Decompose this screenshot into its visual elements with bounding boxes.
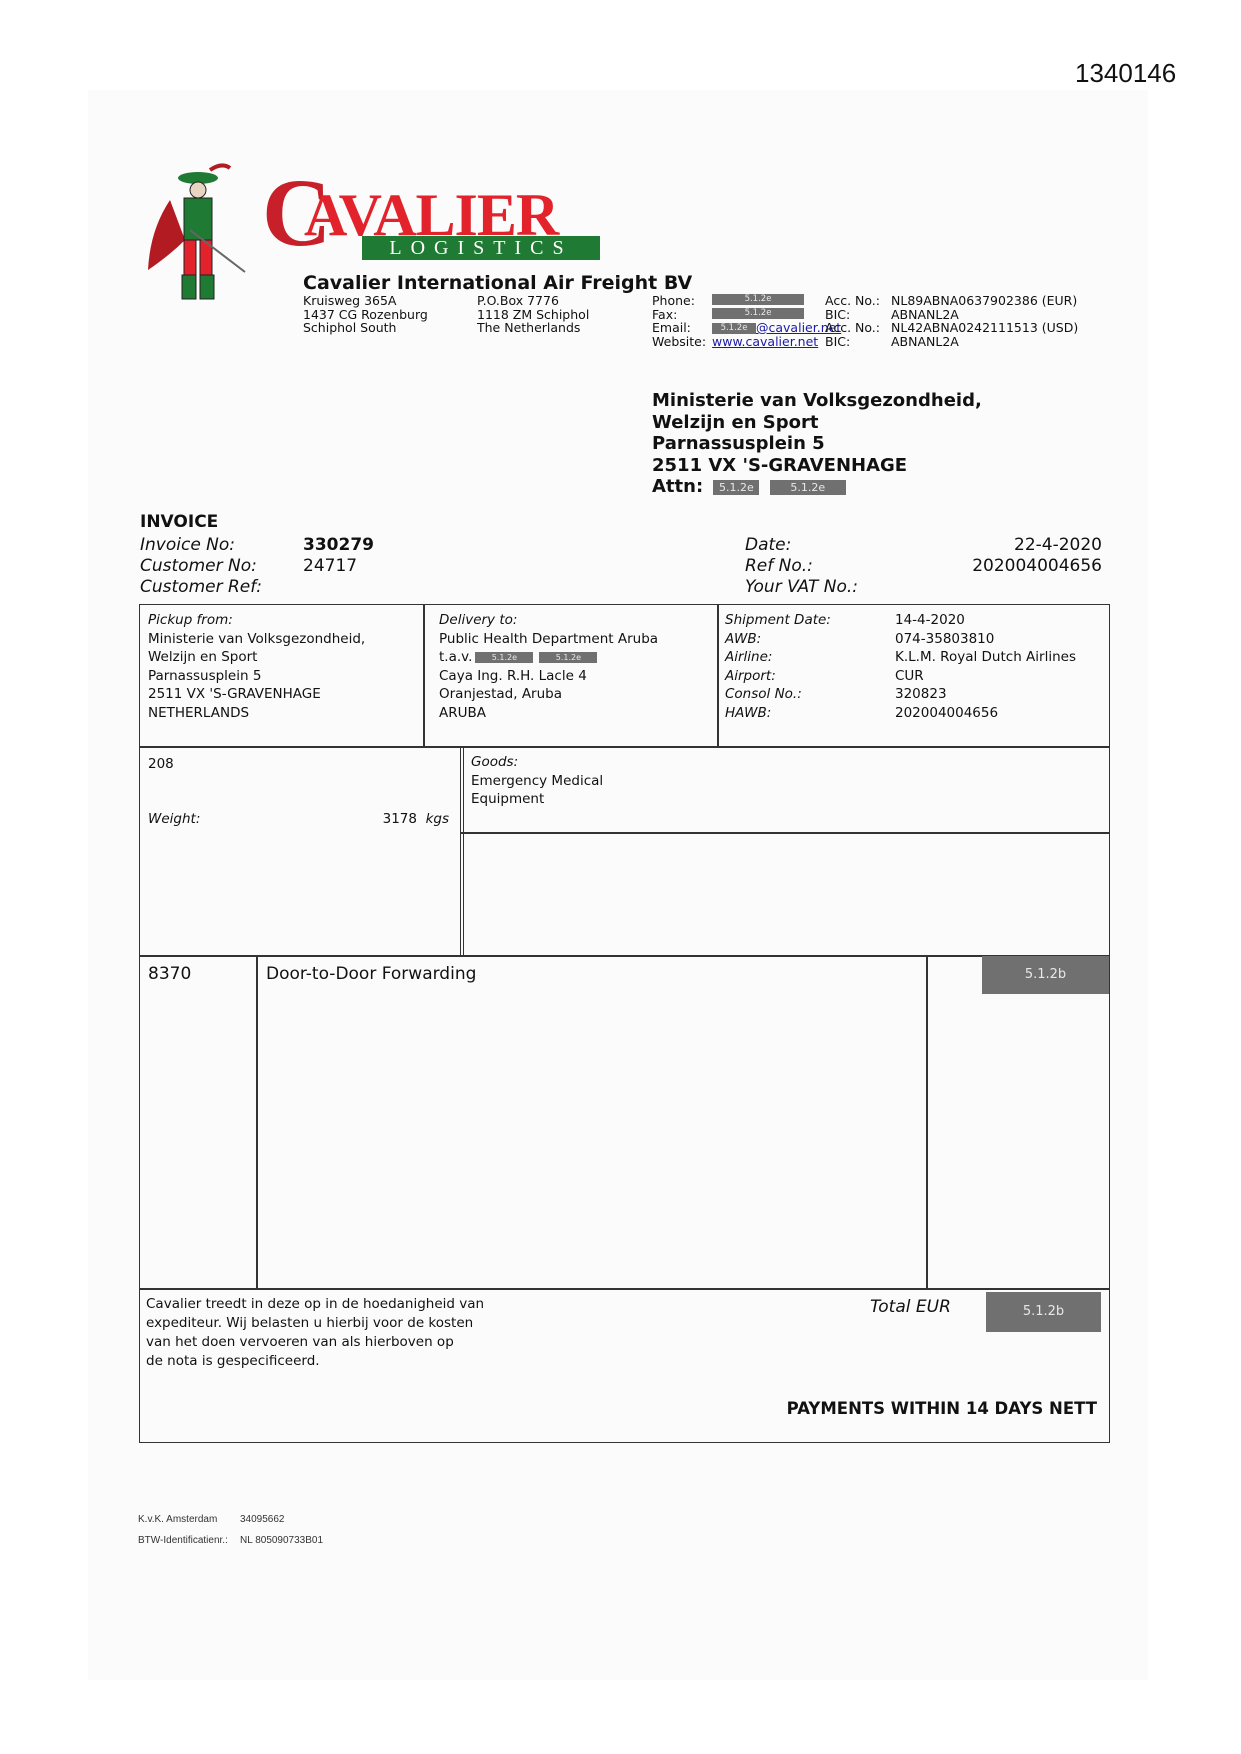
- redaction-tav: 5.1.2e: [475, 652, 533, 663]
- shipment-value: 202004004656: [895, 704, 998, 723]
- bank-row: BIC:ABNANL2A: [825, 308, 1078, 322]
- ref-number: 202004004656: [885, 556, 1102, 577]
- goods-line: Equipment: [471, 790, 1099, 809]
- redaction-total: 5.1.2b: [986, 1292, 1101, 1332]
- email-label: Email:: [652, 321, 712, 335]
- ref-label: Ref No.:: [745, 556, 885, 577]
- delivery-line: Public Health Department Aruba: [439, 630, 703, 649]
- customer-ref-label: Customer Ref:: [140, 577, 303, 598]
- email-link[interactable]: 5.1.2e@cavalier.net: [712, 321, 841, 335]
- address-line: 1437 CG Rozenburg: [303, 308, 428, 322]
- bank-label: Acc. No.:: [825, 294, 891, 308]
- address-line: The Netherlands: [477, 321, 589, 335]
- cavalier-figure-icon: [140, 160, 260, 310]
- forwarder-note: Cavalier treedt in deze op in de hoedani…: [146, 1295, 484, 1371]
- address-line: Kruisweg 365A: [303, 294, 428, 308]
- website-label: Website:: [652, 335, 712, 349]
- line-item-code-cell: 8370: [139, 955, 258, 1290]
- company-name: Cavalier International Air Freight BV: [303, 272, 692, 294]
- bank-row: Acc. No.:NL42ABNA0242111513 (USD): [825, 321, 1078, 335]
- note-line: de nota is gespecificeerd.: [146, 1352, 484, 1371]
- goods-line: Emergency Medical: [471, 772, 1099, 791]
- vat-number: [885, 577, 1102, 598]
- recipient-line: Welzijn en Sport: [652, 412, 982, 434]
- redaction-phone: 5.1.2e: [712, 294, 804, 305]
- note-line: expediteur. Wij belasten u hierbij voor …: [146, 1314, 484, 1333]
- cargo-pieces: 208: [148, 755, 174, 774]
- customer-number: 24717: [303, 556, 357, 577]
- shipment-row: Consol No.:320823: [725, 685, 1102, 704]
- invoice-title: INVOICE: [140, 512, 218, 532]
- payment-terms: PAYMENTS WITHIN 14 DAYS NETT: [787, 1399, 1097, 1418]
- registration-value: NL 805090733B01: [240, 1535, 323, 1556]
- shipment-row: Airport:CUR: [725, 667, 1102, 686]
- shipment-row: Airline:K.L.M. Royal Dutch Airlines: [725, 648, 1102, 667]
- bank-row: Acc. No.:NL89ABNA0637902386 (EUR): [825, 294, 1078, 308]
- shipment-label: AWB:: [725, 630, 895, 649]
- weight-unit: kgs: [426, 811, 449, 827]
- pickup-line: Parnassusplein 5: [148, 667, 416, 686]
- shipment-value: 320823: [895, 685, 947, 704]
- recipient-line: Ministerie van Volksgezondheid,: [652, 390, 982, 412]
- recipient-line: Parnassusplein 5: [652, 433, 982, 455]
- bank-label: Acc. No.:: [825, 321, 891, 335]
- weight-label: Weight:: [148, 810, 200, 829]
- redaction-attn: 5.1.2e: [713, 480, 759, 495]
- address-line: 1118 ZM Schiphol: [477, 308, 589, 322]
- line-item-description: Door-to-Door Forwarding: [257, 956, 927, 992]
- shipment-value: 14-4-2020: [895, 611, 965, 630]
- website-link[interactable]: www.cavalier.net: [712, 335, 818, 349]
- delivery-label: Delivery to:: [439, 611, 703, 630]
- bank-label: BIC:: [825, 335, 891, 349]
- customer-number-label: Customer No:: [140, 556, 303, 577]
- contact-phone: Phone: 5.1.2e: [652, 294, 841, 308]
- registration-row: BTW-Identificatienr.:NL 805090733B01: [138, 1535, 323, 1556]
- pickup-line: Welzijn en Sport: [148, 648, 416, 667]
- logo-subtitle: LOGISTICS: [362, 236, 600, 260]
- delivery-line: ARUBA: [439, 704, 703, 723]
- total-label: Total EUR: [870, 1297, 951, 1317]
- shipment-box: Shipment Date:14-4-2020 AWB:074-35803810…: [717, 604, 1110, 748]
- shipment-label: Airline:: [725, 648, 895, 667]
- address-line: P.O.Box 7776: [477, 294, 589, 308]
- shipment-value: CUR: [895, 667, 924, 686]
- document-id: 1340146: [1075, 58, 1176, 89]
- company-contact: Phone: 5.1.2e Fax: 5.1.2e Email: 5.1.2e@…: [652, 294, 841, 348]
- delivery-line: Caya Ing. R.H. Lacle 4: [439, 667, 703, 686]
- note-line: van het doen vervoeren van als hierboven…: [146, 1333, 484, 1352]
- company-address-postal: P.O.Box 7776 1118 ZM Schiphol The Nether…: [477, 294, 589, 335]
- bank-value: ABNANL2A: [891, 335, 959, 349]
- vat-row: Your VAT No.:: [745, 577, 1102, 598]
- delivery-box: Delivery to: Public Health Department Ar…: [423, 604, 719, 748]
- shipment-label: Shipment Date:: [725, 611, 895, 630]
- company-logo: C AVALIER LOGISTICS: [262, 165, 602, 265]
- cargo-box: 208 Weight: 3178 kgs: [139, 746, 464, 957]
- line-item-amount-cell: 5.1.2b: [926, 955, 1110, 1290]
- recipient-line: 2511 VX 'S-GRAVENHAGE: [652, 455, 982, 477]
- redaction-line-amount: 5.1.2b: [982, 956, 1109, 994]
- shipment-row: Shipment Date:14-4-2020: [725, 611, 1102, 630]
- invoice-number-label: Invoice No:: [140, 535, 303, 556]
- delivery-line: Oranjestad, Aruba: [439, 685, 703, 704]
- contact-website: Website: www.cavalier.net: [652, 335, 841, 349]
- shipment-row: AWB:074-35803810: [725, 630, 1102, 649]
- contact-fax: Fax: 5.1.2e: [652, 308, 841, 322]
- pickup-label: Pickup from:: [148, 611, 416, 630]
- customer-ref-row: Customer Ref:: [140, 577, 374, 598]
- shipment-label: Airport:: [725, 667, 895, 686]
- bank-row: BIC:ABNANL2A: [825, 335, 1078, 349]
- shipment-label: HAWB:: [725, 704, 895, 723]
- weight-value: 3178: [383, 811, 417, 827]
- redaction-attn: 5.1.2e: [770, 480, 846, 495]
- attn-label: Attn:: [652, 476, 703, 497]
- invoice-meta-left: Invoice No:330279 Customer No:24717 Cust…: [140, 535, 374, 598]
- bank-value: NL42ABNA0242111513 (USD): [891, 321, 1078, 335]
- registration-label: BTW-Identificatienr.:: [138, 1535, 240, 1556]
- bank-details: Acc. No.:NL89ABNA0637902386 (EUR) BIC:AB…: [825, 294, 1078, 348]
- contact-email: Email: 5.1.2e@cavalier.net: [652, 321, 841, 335]
- pickup-box: Pickup from: Ministerie van Volksgezondh…: [139, 604, 425, 748]
- recipient-address: Ministerie van Volksgezondheid, Welzijn …: [652, 390, 982, 498]
- recipient-attn: Attn: 5.1.2e 5.1.2e: [652, 476, 982, 498]
- date-label: Date:: [745, 535, 885, 556]
- weight-value-group: 3178 kgs: [383, 810, 449, 829]
- redaction-tav: 5.1.2e: [539, 652, 597, 663]
- redaction-email: 5.1.2e: [712, 323, 756, 334]
- pickup-line: NETHERLANDS: [148, 704, 416, 723]
- registration-row: K.v.K. Amsterdam34095662: [138, 1514, 323, 1535]
- shipment-value: K.L.M. Royal Dutch Airlines: [895, 648, 1076, 667]
- bank-label: BIC:: [825, 308, 891, 322]
- date-row: Date:22-4-2020: [745, 535, 1102, 556]
- line-item-code: 8370: [140, 956, 257, 992]
- pickup-line: Ministerie van Volksgezondheid,: [148, 630, 416, 649]
- goods-extra-box: [460, 832, 1110, 957]
- vat-label: Your VAT No.:: [745, 577, 885, 598]
- invoice-number: 330279: [303, 535, 374, 556]
- bank-value: NL89ABNA0637902386 (EUR): [891, 294, 1077, 308]
- goods-label: Goods:: [471, 753, 1099, 772]
- shipment-value: 074-35803810: [895, 630, 994, 649]
- totals-box: Cavalier treedt in deze op in de hoedani…: [139, 1288, 1110, 1443]
- shipment-label: Consol No.:: [725, 685, 895, 704]
- invoice-date: 22-4-2020: [885, 535, 1102, 556]
- fax-label: Fax:: [652, 308, 712, 322]
- pickup-line: 2511 VX 'S-GRAVENHAGE: [148, 685, 416, 704]
- registration-info: K.v.K. Amsterdam34095662 BTW-Identificat…: [138, 1514, 323, 1556]
- goods-box: Goods: Emergency Medical Equipment: [460, 746, 1110, 834]
- line-item-description-cell: Door-to-Door Forwarding: [256, 955, 928, 1290]
- address-line: Schiphol South: [303, 321, 428, 335]
- phone-label: Phone:: [652, 294, 712, 308]
- registration-value: 34095662: [240, 1514, 285, 1535]
- shipment-row: HAWB:202004004656: [725, 704, 1102, 723]
- invoice-meta-right: Date:22-4-2020 Ref No.:202004004656 Your…: [745, 535, 1102, 598]
- redaction-fax: 5.1.2e: [712, 308, 804, 319]
- bank-value: ABNANL2A: [891, 308, 959, 322]
- tav-label: t.a.v.: [439, 649, 472, 665]
- note-line: Cavalier treedt in deze op in de hoedani…: [146, 1295, 484, 1314]
- ref-row: Ref No.:202004004656: [745, 556, 1102, 577]
- company-address-street: Kruisweg 365A 1437 CG Rozenburg Schiphol…: [303, 294, 428, 335]
- customer-number-row: Customer No:24717: [140, 556, 374, 577]
- delivery-tav: t.a.v.5.1.2e5.1.2e: [439, 648, 703, 667]
- registration-label: K.v.K. Amsterdam: [138, 1514, 240, 1535]
- invoice-number-row: Invoice No:330279: [140, 535, 374, 556]
